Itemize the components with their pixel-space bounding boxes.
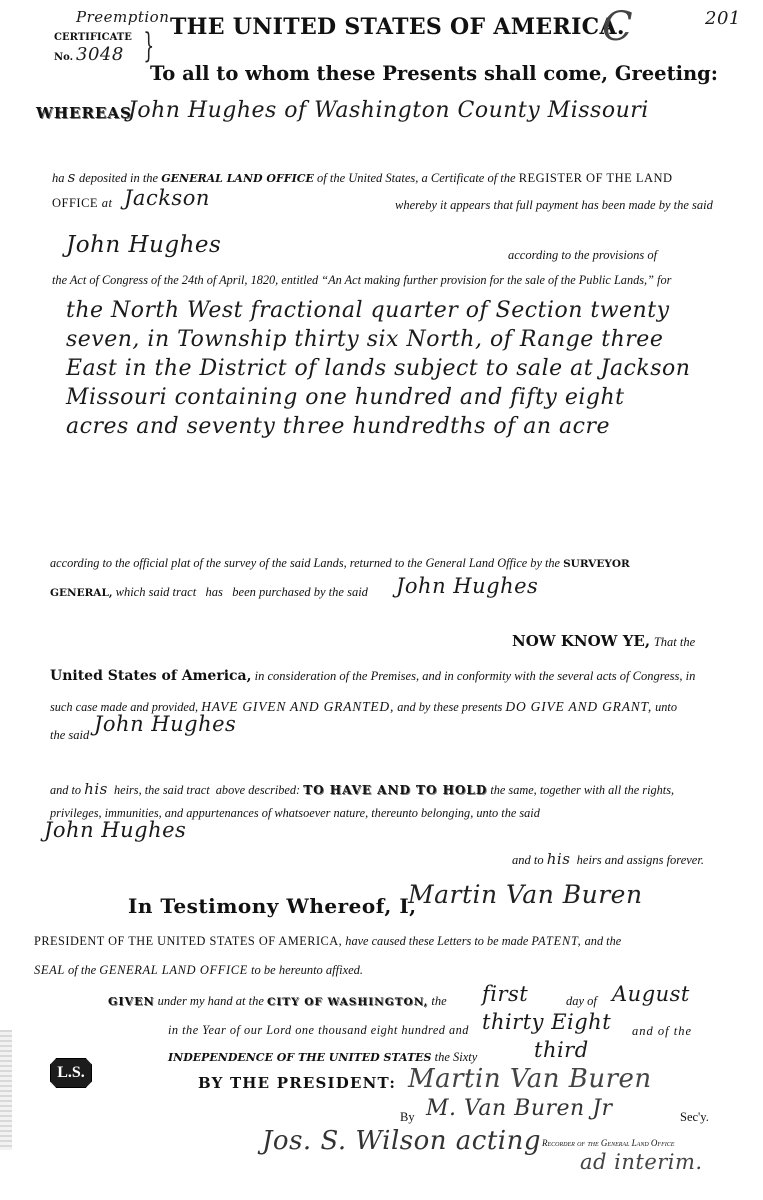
consideration-line: United States of America, in considerati…: [50, 668, 695, 684]
page-number: 201: [705, 8, 741, 29]
certificate-label: CERTIFICATE: [54, 32, 132, 43]
land-description-line: the North West fractional quarter of Sec…: [66, 296, 690, 325]
brace-mark: }: [143, 26, 154, 66]
year-tail: and of the: [632, 1024, 692, 1039]
by-the-president-label: BY THE PRESIDENT:: [198, 1074, 396, 1092]
year-handwritten: thirty Eight: [482, 1010, 611, 1034]
payment-line: whereby it appears that full payment has…: [395, 198, 713, 213]
day-of-label: day of: [566, 994, 597, 1009]
patent-line: PRESIDENT OF THE UNITED STATES OF AMERIC…: [34, 934, 621, 949]
heirs-line: and to his heirs and assigns forever.: [512, 850, 704, 868]
day-handwritten: first: [482, 982, 528, 1006]
certificate-number-label: No.: [54, 52, 73, 63]
recorder-label: Recorder of the General Land Office: [542, 1138, 674, 1148]
land-description-line: Missouri containing one hundred and fift…: [66, 383, 690, 412]
act-of-congress-line: the Act of Congress of the 24th of April…: [52, 273, 671, 288]
given-line: GIVEN under my hand at the CITY OF WASHI…: [108, 994, 447, 1009]
purchase-line: GENERAL, which said tract has been purch…: [50, 585, 368, 600]
provisions-line: according to the provisions of: [508, 248, 657, 263]
by-label: By: [400, 1110, 415, 1125]
secretary-label: Sec'y.: [680, 1110, 709, 1125]
grantee-name-repeat: John Hughes: [44, 818, 186, 842]
greeting: To all to whom these Presents shall come…: [150, 62, 718, 85]
initial-mark: C: [602, 4, 633, 50]
purchaser-name: John Hughes: [396, 574, 538, 598]
document-title: THE UNITED STATES OF AMERICA.: [170, 14, 625, 40]
testimony-heading: In Testimony Whereof, I,: [128, 894, 417, 918]
recorder-signature: Jos. S. Wilson acting: [262, 1126, 541, 1156]
land-description-line: East in the District of lands subject to…: [66, 354, 690, 383]
independence-line: INDEPENDENCE OF THE UNITED STATES the Si…: [168, 1050, 477, 1065]
ad-interim-signature: ad interim.: [580, 1150, 703, 1174]
month-handwritten: August: [612, 982, 690, 1006]
payer-name: John Hughes: [66, 232, 221, 258]
habendum-line: and to his heirs, the said tract above d…: [50, 780, 674, 798]
page-edge-smudge: [0, 1030, 12, 1150]
office-label: OFFICE at: [52, 196, 112, 211]
president-signature-testimony: Martin Van Buren: [408, 880, 643, 909]
whereas-label: WHEREAS: [36, 104, 132, 122]
land-description-line: acres and seventy three hundredths of an…: [66, 412, 690, 441]
president-signature: Martin Van Buren: [408, 1064, 652, 1094]
land-description-line: seven, in Township thirty six North, of …: [66, 325, 690, 354]
claimant-details: John Hughes of Washington County Missour…: [128, 98, 649, 123]
secretary-signature: M. Van Buren Jr: [426, 1096, 613, 1121]
grantee-label: the said: [50, 728, 89, 743]
year-line: in the Year of our Lord one thousand eig…: [168, 1023, 469, 1038]
survey-line: according to the official plat of the su…: [50, 556, 630, 571]
seal-ls-badge: L.S.: [50, 1058, 92, 1088]
seal-line: SEAL of the GENERAL LAND OFFICE to be he…: [34, 963, 363, 978]
land-office-location: Jackson: [124, 186, 210, 210]
grantee-name: John Hughes: [94, 712, 236, 736]
land-description: the North West fractional quarter of Sec…: [66, 296, 690, 441]
now-know-ye-line: NOW KNOW YE, That the: [512, 632, 695, 651]
independence-year-handwritten: third: [534, 1038, 589, 1062]
certificate-number: 3048: [76, 44, 124, 65]
deposit-line: ha s deposited in the GENERAL LAND OFFIC…: [52, 168, 673, 186]
certificate-type-handwritten: Preemption: [76, 8, 169, 26]
